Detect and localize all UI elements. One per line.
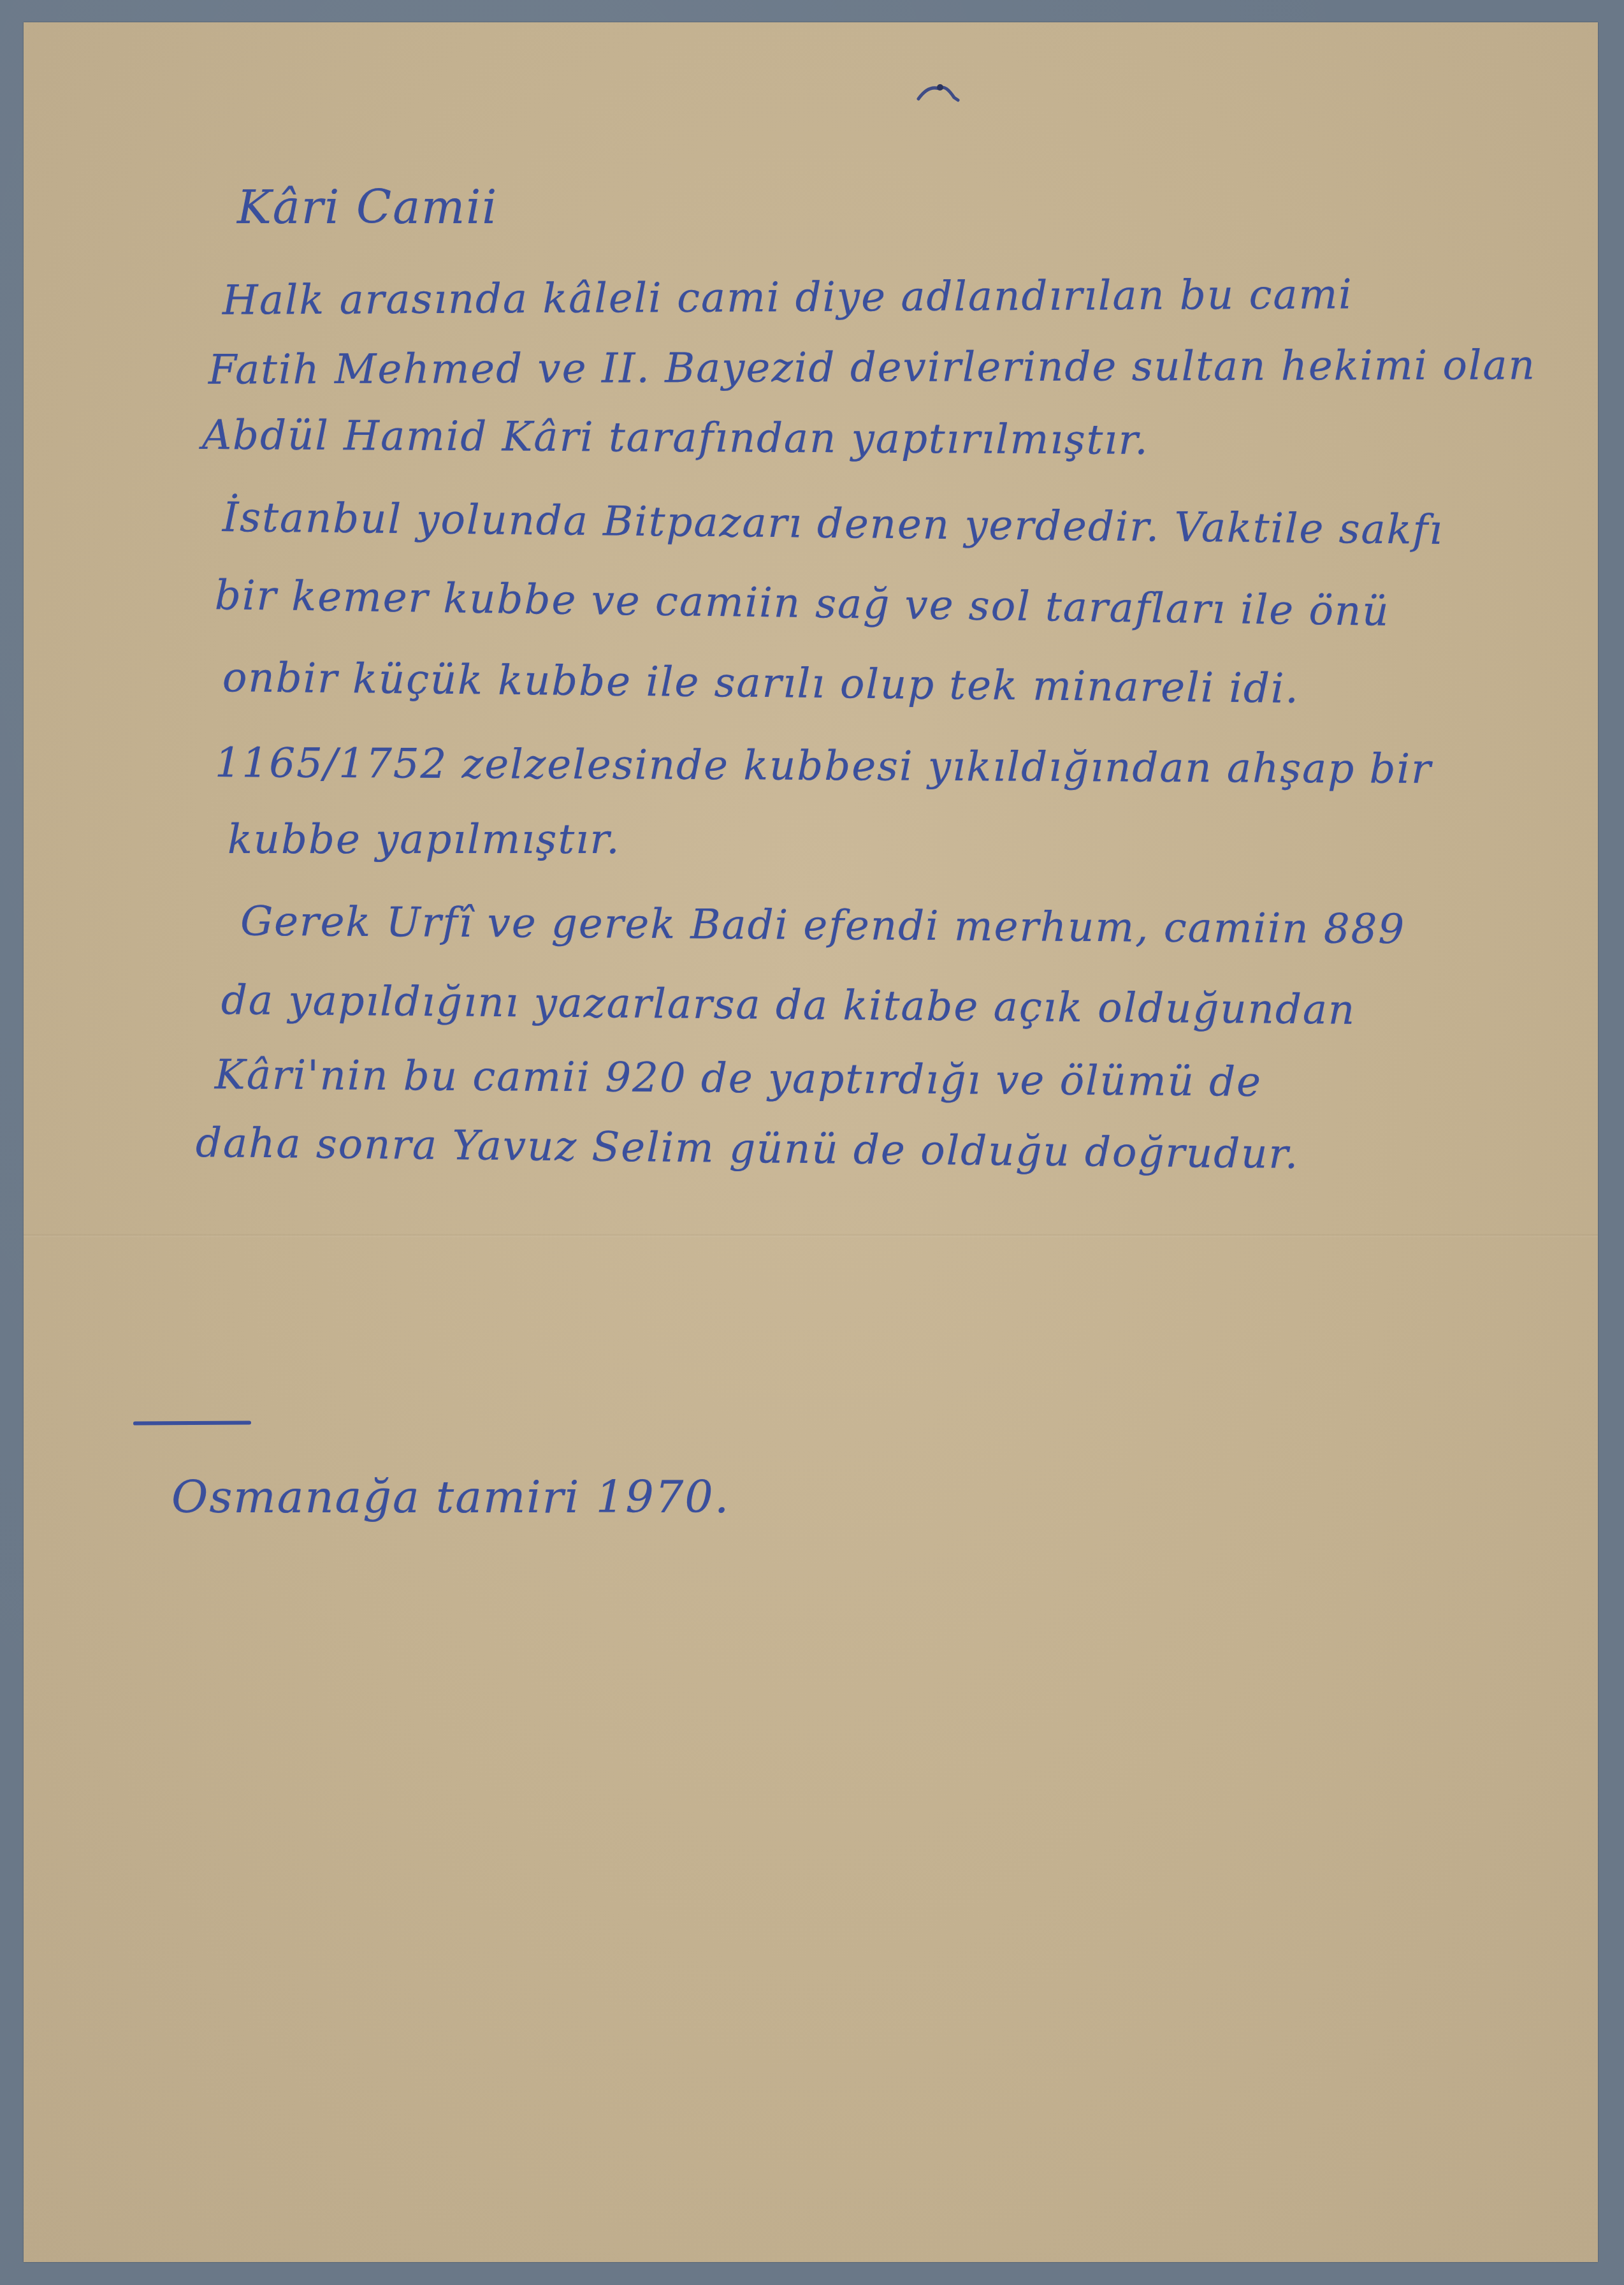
text-line: 1165/1752 zelzelesinde kubbesi yıkıldığı…: [215, 743, 1432, 790]
text-line: onbir küçük kubbe ile sarılı olup tek mi…: [222, 657, 1300, 710]
text-line: Kâri'nin bu camii 920 de yaptırdığı ve ö…: [215, 1055, 1262, 1102]
text-line: Abdül Hamid Kâri tarafından yaptırılmışt…: [202, 415, 1149, 461]
text-line: da yapıldığını yazarlarsa da kitabe açık…: [221, 980, 1356, 1031]
separator-line: [133, 1420, 251, 1425]
text-line: Halk arasında kâleli cami diye adlandırı…: [222, 274, 1353, 321]
text-line: bir kemer kubbe ve camiin sağ ve sol tar…: [215, 575, 1390, 632]
text-line: Fatih Mehmed ve II. Bayezid devirlerinde…: [208, 345, 1536, 390]
text-line: Gerek Urfî ve gerek Badi efendi merhum, …: [240, 902, 1406, 951]
text-line: daha sonra Yavuz Selim günü de olduğu do…: [196, 1123, 1300, 1175]
signature-note: Osmanağa tamiri 1970.: [171, 1471, 730, 1523]
paper-fold: [24, 1234, 1598, 1237]
text-line: kubbe yapılmıştır.: [228, 819, 620, 860]
ink-mark-icon: [916, 81, 967, 106]
paper-sheet: Kâri Camii Halk arasında kâleli cami diy…: [24, 22, 1598, 2262]
text-line: İstanbul yolunda Bitpazarı denen yerdedi…: [222, 497, 1444, 551]
document-title: Kâri Camii: [237, 180, 498, 234]
